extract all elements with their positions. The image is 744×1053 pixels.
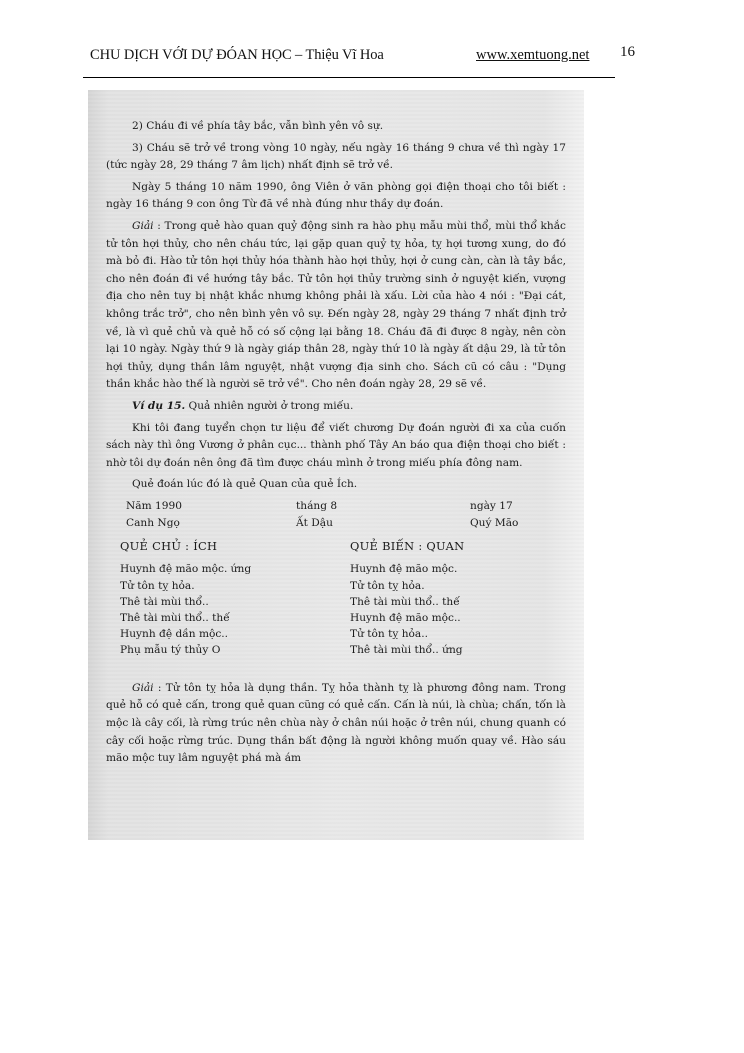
page-body: 2) Cháu đi về phía tây bắc, vẫn bình yên… [106, 118, 566, 772]
website-link[interactable]: www.xemtuong.net [476, 47, 589, 64]
hexagram-line: Thê tài mùi thổ.. thế [120, 610, 251, 626]
paragraph-que: Quẻ đoán lúc đó là quẻ Quan của quẻ Ích. [106, 476, 566, 494]
hexagram-line: Thê tài mùi thổ.. [120, 594, 251, 610]
date-table: Năm 1990 tháng 8 ngày 17 Canh Ngọ Ất Dậu… [106, 498, 566, 532]
page-number: 16 [620, 44, 635, 61]
item-3: 3) Cháu sẽ trở về trong vòng 10 ngày, nế… [106, 140, 566, 175]
header-rule [83, 77, 615, 78]
hexagram-line: Tử tôn tỵ hỏa. [350, 578, 464, 594]
canchi-year: Canh Ngọ [126, 515, 180, 533]
paragraph-explanation-1: Giải : Trong quẻ hào quan quỷ động sinh … [106, 218, 566, 394]
giai-label: Giải [132, 220, 154, 232]
hexagram-line: Huynh đệ mão mộc.. [350, 610, 464, 626]
example-label: Ví dụ 15. [132, 400, 185, 412]
paragraph-example: Khi tôi đang tuyển chọn tư liệu để viết … [106, 420, 566, 473]
hexagram-line: Huynh đệ mão mộc. [350, 561, 464, 577]
date-month: tháng 8 [296, 498, 337, 516]
date-day: ngày 17 [470, 498, 513, 516]
hexagram-changed: QUẺ BIẾN : QUAN Huynh đệ mão mộc. Tử tôn… [350, 538, 464, 659]
giai-label: Giải [132, 682, 154, 694]
paragraph-result: Ngày 5 tháng 10 năm 1990, ông Viên ở văn… [106, 179, 566, 214]
hexagram-line: Huynh đệ mão mộc. ứng [120, 561, 251, 577]
hexagram-line: Huynh đệ dần mộc.. [120, 626, 251, 642]
hexagram-line: Thê tài mùi thổ.. thế [350, 594, 464, 610]
item-2: 2) Cháu đi về phía tây bắc, vẫn bình yên… [106, 118, 566, 136]
canchi-month: Ất Dậu [296, 515, 333, 533]
book-title: CHU DỊCH VỚI DỰ ĐÓAN HỌC – Thiệu Vĩ Hoa [90, 47, 384, 64]
hexagram-line: Phụ mẫu tý thủy O [120, 642, 251, 658]
hexagram-line: Thê tài mùi thổ.. ứng [350, 642, 464, 658]
hexagram-line: Tử tôn tỵ hỏa. [120, 578, 251, 594]
scanned-page: 2) Cháu đi về phía tây bắc, vẫn bình yên… [88, 90, 584, 840]
paragraph-explanation-2: Giải : Tử tôn tỵ hỏa là dụng thần. Tỵ hỏ… [106, 680, 566, 768]
hexagram-changed-heading: QUẺ BIẾN : QUAN [350, 538, 464, 556]
hexagram-table: QUẺ CHỦ : ÍCH Huynh đệ mão mộc. ứng Tử t… [106, 538, 566, 680]
canchi-day: Quý Mão [470, 515, 518, 533]
page-header: CHU DỊCH VỚI DỰ ĐÓAN HỌC – Thiệu Vĩ Hoa … [90, 44, 638, 68]
hexagram-main-heading: QUẺ CHỦ : ÍCH [120, 538, 251, 556]
example-heading: Ví dụ 15. Quả nhiên người ở trong miếu. [106, 398, 566, 416]
hexagram-line: Tử tôn tỵ hỏa.. [350, 626, 464, 642]
date-year: Năm 1990 [126, 498, 182, 516]
hexagram-main: QUẺ CHỦ : ÍCH Huynh đệ mão mộc. ứng Tử t… [120, 538, 251, 659]
